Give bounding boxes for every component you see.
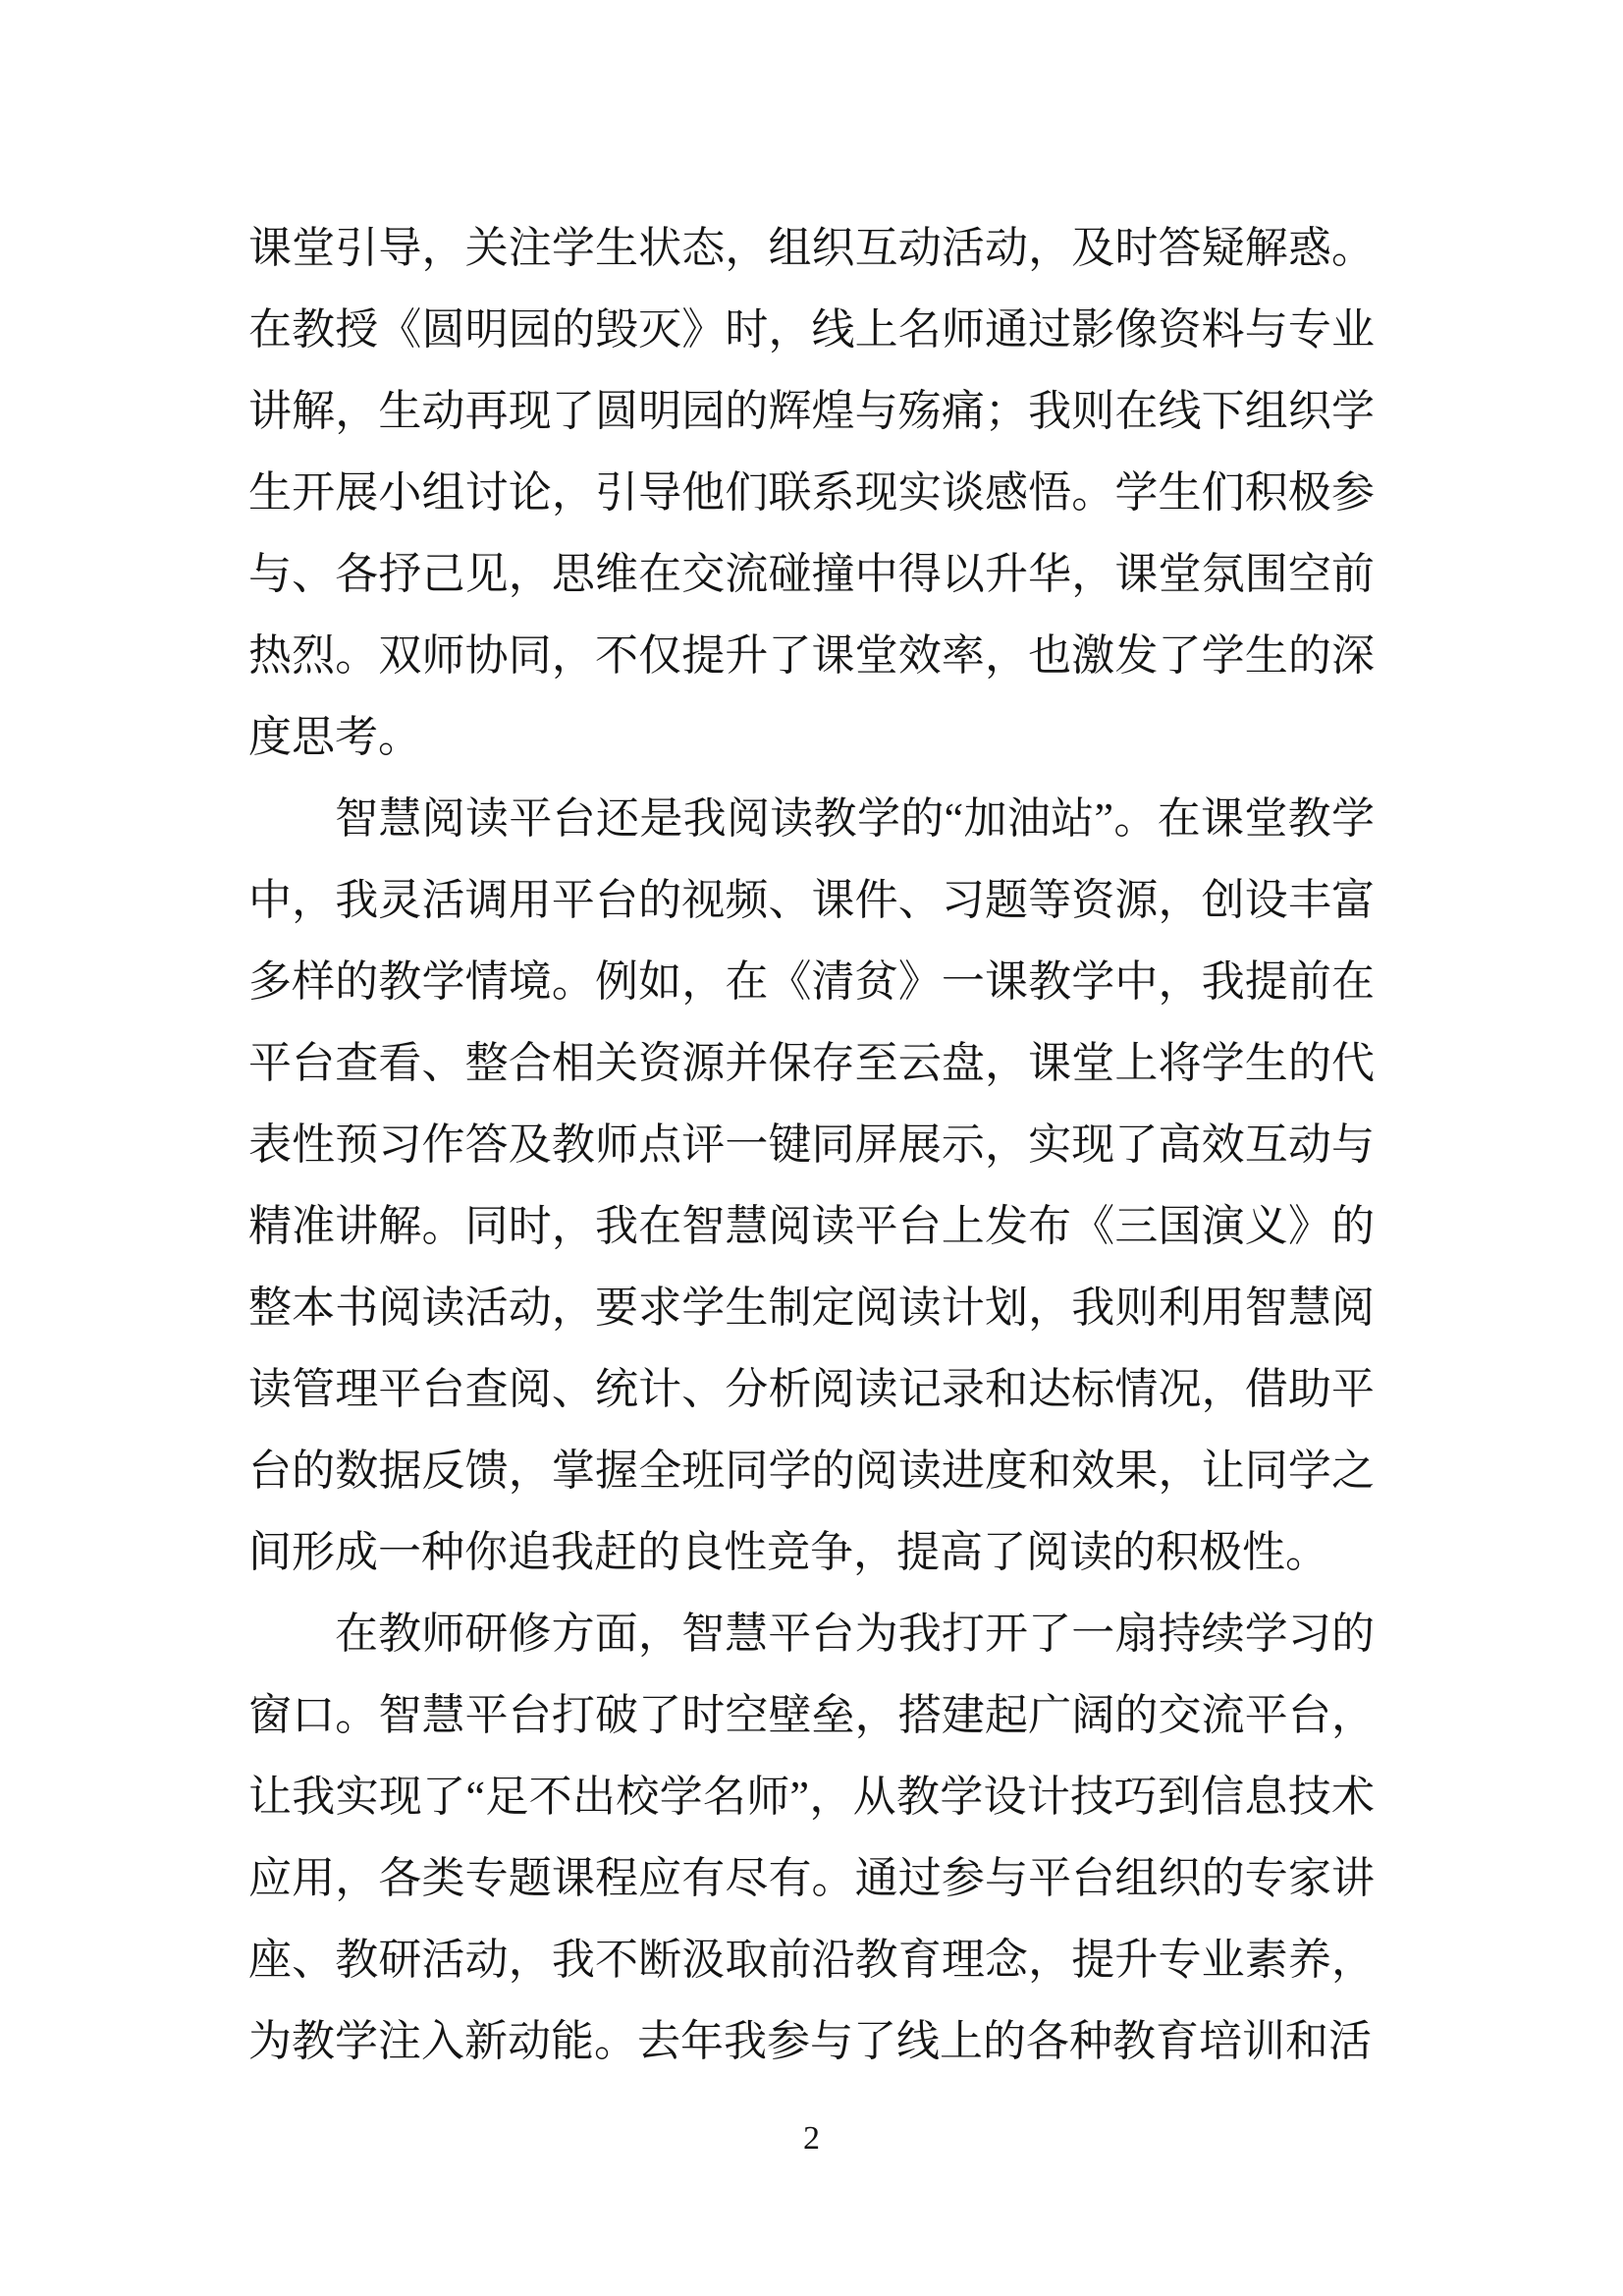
paragraph-teacher-training: 在教师研修方面，智慧平台为我打开了一扇持续学习的窗口。智慧平台打破了时空壁垒，搭… — [248, 1593, 1375, 2082]
page-number: 2 — [803, 2120, 820, 2157]
paragraph-continuation: 课堂引导，关注学生状态，组织互动活动，及时答疑解惑。在教授《圆明园的毁灭》时，线… — [248, 207, 1375, 778]
document-page: 课堂引导，关注学生状态，组织互动活动，及时答疑解惑。在教授《圆明园的毁灭》时，线… — [0, 0, 1623, 2296]
text-body: 课堂引导，关注学生状态，组织互动活动，及时答疑解惑。在教授《圆明园的毁灭》时，线… — [248, 207, 1375, 2082]
page-footer: 2 — [0, 2119, 1623, 2159]
paragraph-reading-platform: 智慧阅读平台还是我阅读教学的“加油站”。在课堂教学中，我灵活调用平台的视频、课件… — [248, 778, 1375, 1593]
